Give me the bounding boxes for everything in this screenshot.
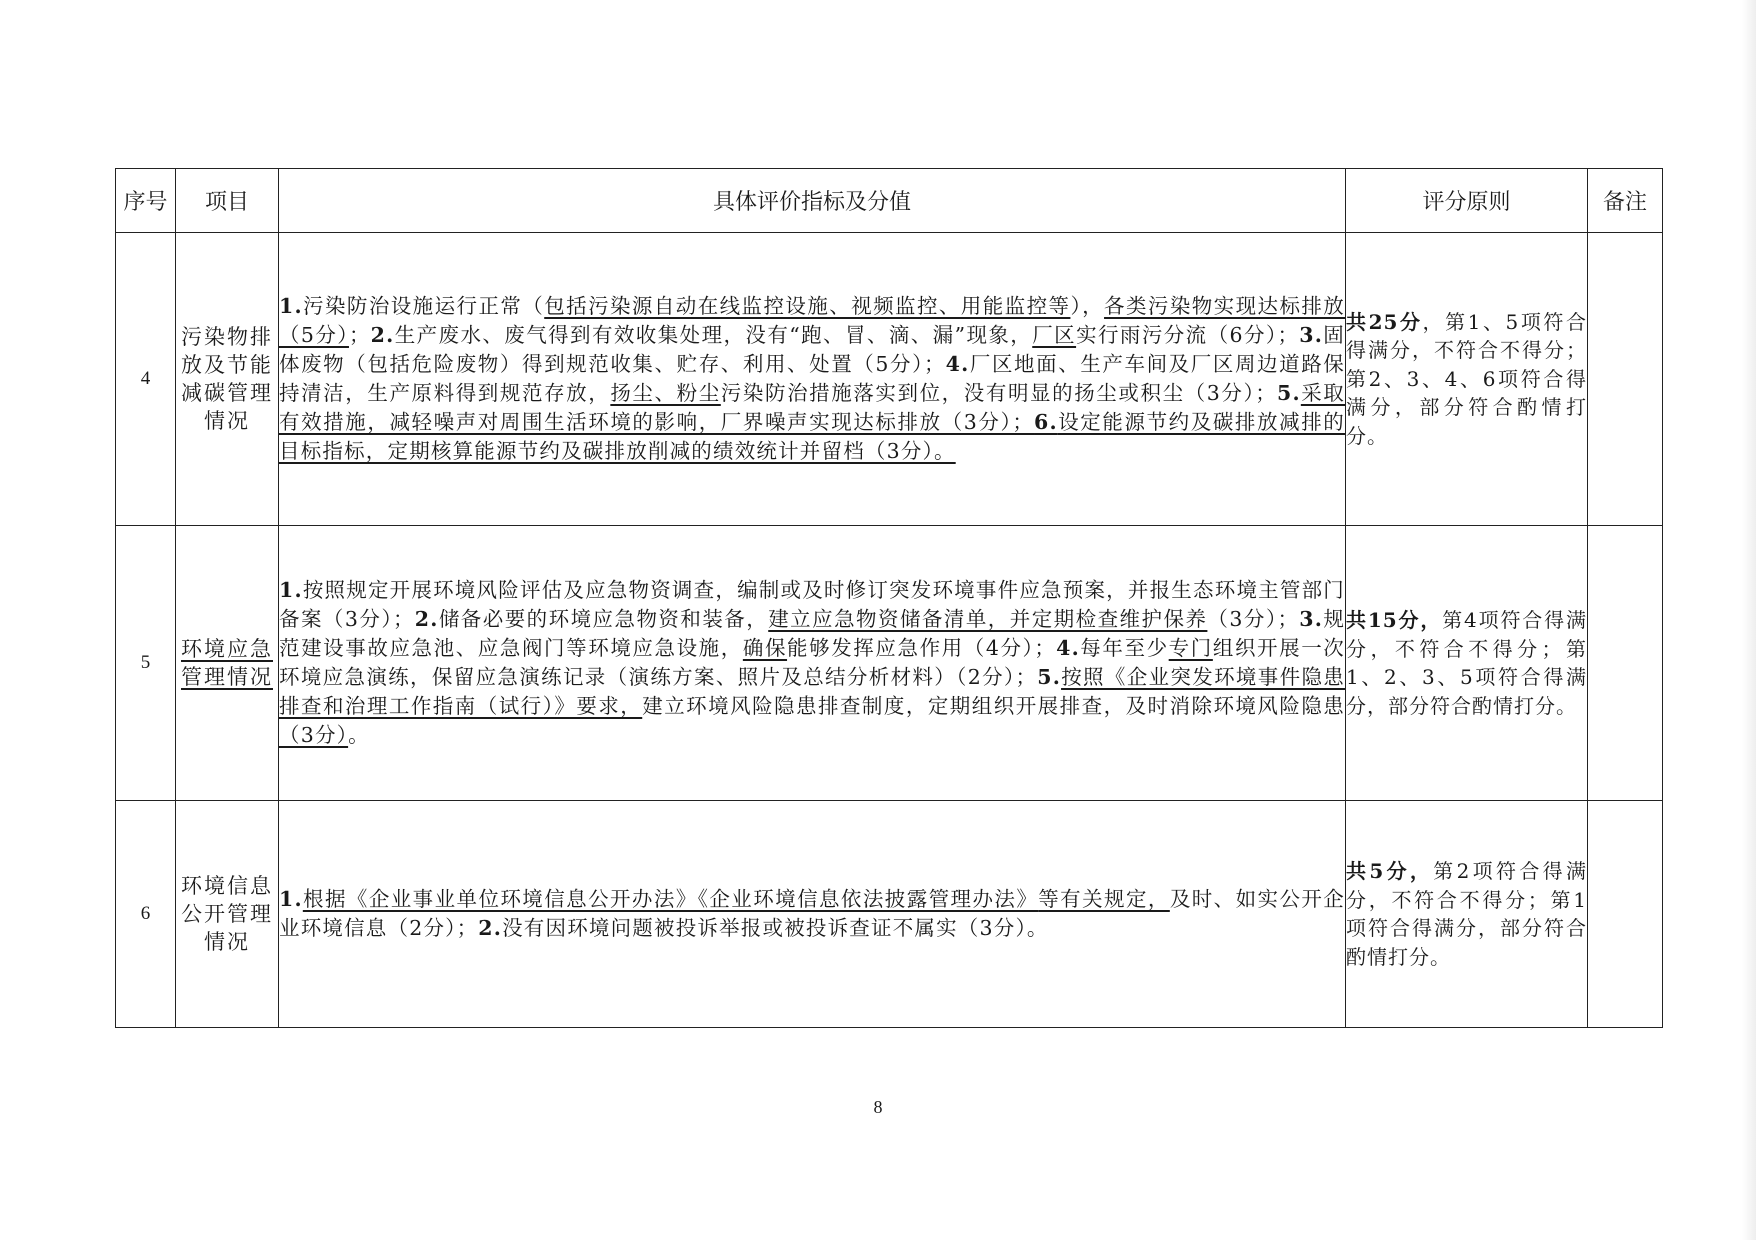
item-number: 1. — [279, 294, 303, 318]
row-item-label: 环境信息公开管理情况 — [181, 874, 273, 954]
criterion-text: 污染防治设施运行正常（ — [303, 294, 544, 318]
criterion-text: （3分）； — [1207, 607, 1299, 631]
row-note — [1588, 526, 1663, 801]
criterion-text: 储备必要的环境应急物资和装备， — [439, 607, 769, 631]
rule-total: 共5分， — [1346, 859, 1433, 883]
criterion-text: （3分） — [279, 723, 348, 747]
criterion-text: 包括污染源自动在线监控设施、视频监控、用能监控等 — [544, 294, 1070, 318]
criterion-text: 确保 — [743, 636, 787, 660]
row-scoring-rule: 共25分，第1、5项符合得满分，不符合不得分；第2、3、4、6项符合得满分，部分… — [1346, 233, 1588, 526]
criterion-text: 根据《企业事业单位环境信息公开办法》《企业环境信息依法披露管理办法》 — [303, 887, 1038, 911]
criterion-text: 专门 — [1169, 636, 1213, 660]
row-note — [1588, 801, 1663, 1028]
item-number: 2. — [478, 916, 502, 940]
row-number: 6 — [116, 801, 176, 1028]
rule-total: 共25分 — [1346, 310, 1423, 334]
criterion-text: 建立环境风险隐患排查制度，定期组织开展排查，及时消除环境风险隐患 — [642, 694, 1345, 718]
item-number: 2. — [371, 323, 395, 347]
table-header-row: 序号 项目 具体评价指标及分值 评分原则 备注 — [116, 169, 1663, 233]
criterion-text: 实行雨污分流（6分）； — [1076, 323, 1299, 347]
header-item: 项目 — [176, 169, 279, 233]
row-description: 1.根据《企业事业单位环境信息公开办法》《企业环境信息依法披露管理办法》等有关规… — [279, 801, 1346, 1028]
criterion-text: 厂区 — [1032, 323, 1076, 347]
criterion-text: 生产废水、废气得到有效收集处理，没有“跑、冒、滴、漏”现象， — [394, 323, 1032, 347]
row-number: 5 — [116, 526, 176, 801]
rule-total: 共15分， — [1346, 608, 1442, 632]
item-number: 4. — [946, 352, 970, 376]
evaluation-table: 序号 项目 具体评价指标及分值 评分原则 备注 4 污染物排放及节能减碳管理情况… — [115, 168, 1663, 1028]
criterion-text: 。 — [348, 723, 370, 747]
criterion-text: 每年至少 — [1080, 636, 1169, 660]
table-row: 4 污染物排放及节能减碳管理情况 1.污染防治设施运行正常（包括污染源自动在线监… — [116, 233, 1663, 526]
criterion-text: 能够发挥应急作用（4分）； — [787, 636, 1056, 660]
page-number: 8 — [0, 1097, 1756, 1118]
criterion-text: 没有因环境问题被投诉举报或被投诉查证不属实（3分）。 — [502, 916, 1049, 940]
header-no: 序号 — [116, 169, 176, 233]
item-number: 6. — [1034, 410, 1058, 434]
row-item: 污染物排放及节能减碳管理情况 — [176, 233, 279, 526]
table-row: 6 环境信息公开管理情况 1.根据《企业事业单位环境信息公开办法》《企业环境信息… — [116, 801, 1663, 1028]
row-scoring-rule: 共15分，第4项符合得满分，不符合不得分；第1、2、3、5项符合得满分，部分符合… — [1346, 526, 1588, 801]
item-number: 2. — [415, 607, 439, 631]
item-number: 5. — [1277, 381, 1301, 405]
criterion-text: 建立应急物资储备清单，并定期检查维护保养 — [768, 607, 1207, 631]
row-description: 1.按照规定开展环境风险评估及应急物资调查，编制或及时修订突发环境事件应急预案，… — [279, 526, 1346, 801]
page-edge — [1742, 0, 1756, 1240]
item-number: 1. — [279, 887, 303, 911]
criterion-text: ）， — [1070, 294, 1104, 318]
header-rule: 评分原则 — [1346, 169, 1588, 233]
item-number: 5. — [1037, 665, 1061, 689]
criterion-text: 扬尘、粉尘 — [610, 381, 720, 405]
header-desc: 具体评价指标及分值 — [279, 169, 1346, 233]
row-item: 环境信息公开管理情况 — [176, 801, 279, 1028]
row-item-label: 污染物排放及节能减碳管理情况 — [181, 325, 273, 433]
row-note — [1588, 233, 1663, 526]
item-number: 4. — [1056, 636, 1080, 660]
row-description: 1.污染防治设施运行正常（包括污染源自动在线监控设施、视频监控、用能监控等），各… — [279, 233, 1346, 526]
row-item: 环境应急管理情况 — [176, 526, 279, 801]
table-row: 5 环境应急管理情况 1.按照规定开展环境风险评估及应急物资调查，编制或及时修订… — [116, 526, 1663, 801]
criterion-text: 等有关规定， — [1038, 887, 1170, 911]
item-number: 3. — [1299, 607, 1323, 631]
criterion-text: ； — [349, 323, 371, 347]
row-number: 4 — [116, 233, 176, 526]
item-number: 3. — [1299, 323, 1323, 347]
item-number: 1. — [279, 578, 303, 602]
criterion-text: 污染防治措施落实到位，没有明显的扬尘或积尘（3分）； — [721, 381, 1277, 405]
row-item-label: 环境应急管理情况 — [181, 637, 273, 689]
row-scoring-rule: 共5分，第2项符合得满分，不符合不得分；第1项符合得满分，部分符合酌情打分。 — [1346, 801, 1588, 1028]
header-note: 备注 — [1588, 169, 1663, 233]
